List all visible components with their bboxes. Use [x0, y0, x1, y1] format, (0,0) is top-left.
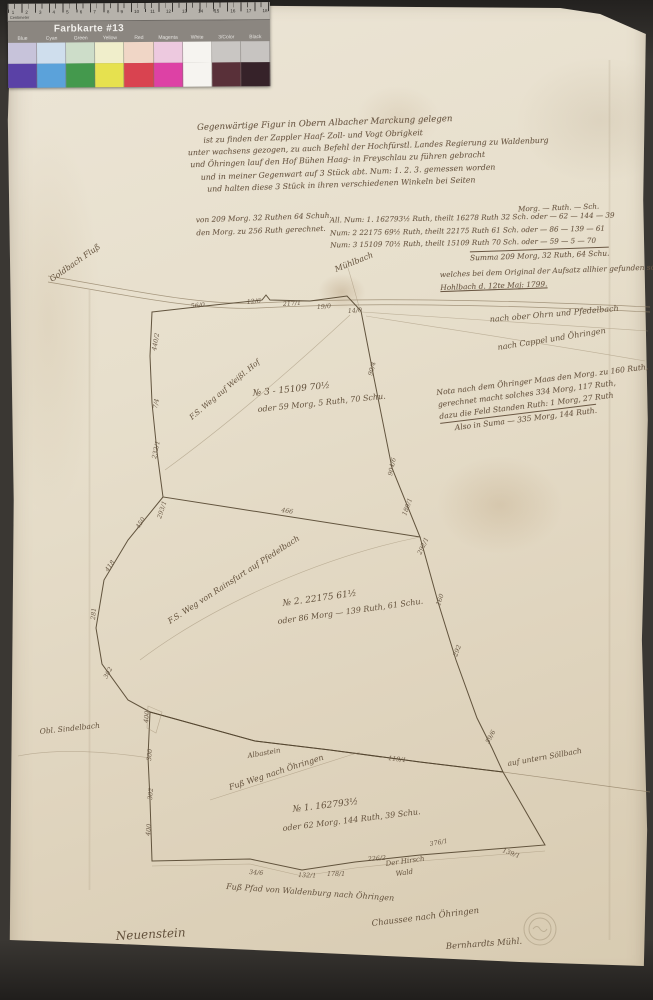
- edge-measurement: 376/1: [429, 838, 448, 848]
- waldenburg-pfad-label: Fuß Pfad von Waldenburg nach Öhringen: [225, 882, 395, 903]
- edge-measurement: 292: [452, 644, 463, 659]
- top-road-line: [48, 276, 650, 307]
- stream-west: [18, 752, 150, 758]
- weissler-weg-label: F.S. Weg auf Weißl. Hof: [187, 357, 263, 423]
- edge-measurement: 56/0: [190, 302, 205, 310]
- edge-measurement: 400: [145, 824, 153, 838]
- fussweg-oehringen-label: Fuß Weg nach Öhringen: [227, 753, 325, 792]
- edge-measurement: 160: [435, 593, 445, 607]
- neuenstein-label: Neuenstein: [114, 925, 185, 943]
- edge-measurement: 34/6: [249, 869, 264, 877]
- edge-measurement: 400: [143, 711, 151, 725]
- chaussee-label: Chaussee nach Öhringen: [371, 904, 480, 929]
- parcel-no3-label: № 3 - 15109 70½: [251, 380, 330, 399]
- edge-measurement: 19/0: [317, 303, 332, 311]
- muehlbach-label: Mühlbach: [332, 250, 374, 274]
- road-to-cappel: [366, 316, 645, 361]
- edge-measurement: 300: [146, 749, 154, 762]
- parcel-no2-outline: [96, 497, 503, 772]
- survey-map-svg: № 3 - 15109 70½ oder 59 Morg, 5 Ruth, 70…: [0, 0, 653, 1000]
- hirsch-wald-label: Der Hirsch: [384, 855, 425, 868]
- stream-east: [503, 772, 650, 792]
- parcel-no2-label: № 2. 22175 61½: [281, 588, 357, 609]
- edge-measurement: 132/1: [298, 872, 316, 880]
- parcel-no1-label: № 1. 162793½: [291, 796, 359, 815]
- scanned-survey-map: 123456789101112131415161718 Centimeter F…: [0, 0, 653, 1000]
- edge-measurement: 59/6: [485, 729, 498, 745]
- edge-measurement: 226/2: [367, 855, 387, 863]
- edge-measurement: 904/6: [387, 457, 398, 476]
- edge-measurement: 440/2: [151, 332, 161, 352]
- edge-measurement: 12/6: [246, 298, 261, 306]
- edge-measurement: 302: [147, 788, 155, 801]
- hirsch-wald-label: Wald: [395, 868, 414, 878]
- goldbach-label: Goldbach Fluß: [48, 242, 102, 284]
- footpath-line: [152, 851, 545, 876]
- edge-measurement: 466: [280, 507, 294, 516]
- seal-emblem: [533, 927, 547, 932]
- edge-measurement: 14/0: [348, 307, 363, 315]
- rainsfurt-weg-label: F.S. Weg von Rainsfurt auf Pfedelbach: [165, 534, 301, 627]
- edge-measurement: 281: [90, 608, 98, 622]
- sindelbach-label: Obl. Sindelbach: [39, 721, 100, 736]
- edge-measurement: 139/1: [501, 847, 520, 860]
- edge-measurement: 232/1: [151, 440, 162, 460]
- edge-measurement: 180/1: [401, 497, 414, 516]
- edge-measurement: 217/1: [282, 300, 302, 308]
- soellbach-label: auf untern Söllbach: [507, 746, 583, 768]
- edge-measurement: 292/1: [416, 536, 430, 556]
- edge-measurement: 119/1: [388, 755, 407, 764]
- muehle-label: Bernhardts Mühl.: [445, 937, 523, 952]
- edge-measurement: 90/4: [367, 361, 377, 376]
- albastein-label: Albastein: [246, 746, 282, 760]
- rainsfurt-path-trace: [140, 537, 420, 660]
- edge-measurement: 178/1: [327, 871, 345, 878]
- edge-measurement: 7/4: [152, 398, 161, 409]
- oehringen-path-trace: [210, 752, 360, 800]
